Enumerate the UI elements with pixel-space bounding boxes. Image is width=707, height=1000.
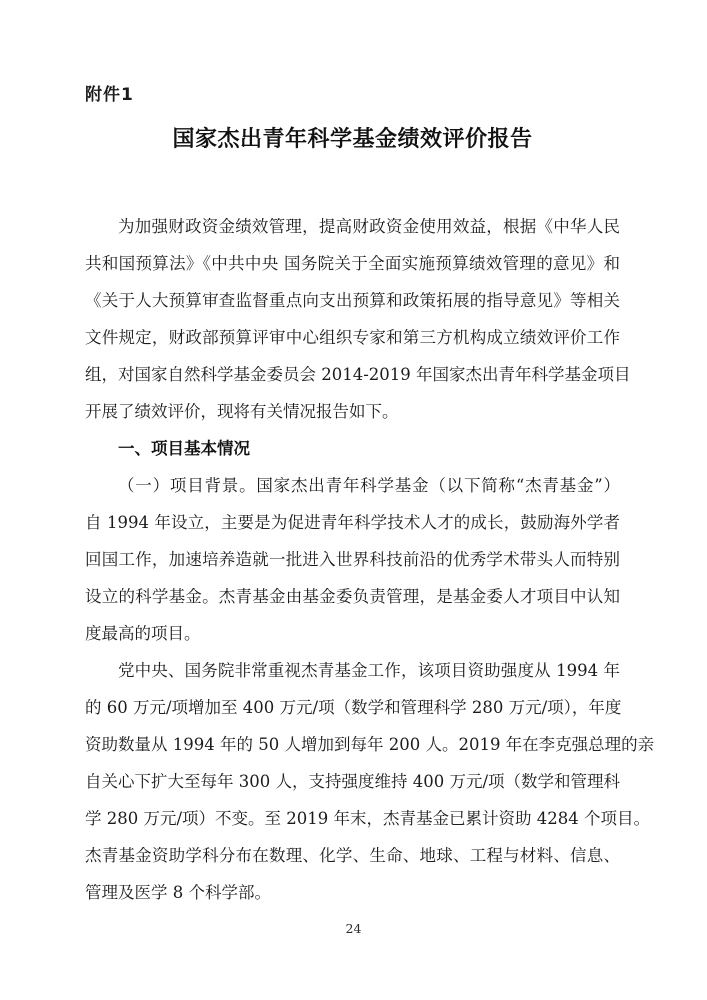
- document-title: 国家杰出青年科学基金绩效评价报告: [85, 124, 620, 156]
- paragraph3-line-7: 管理及医学 8 个科学部。: [85, 874, 620, 911]
- paragraph1-line-6: 开展了绩效评价，现将有关情况报告如下。: [85, 393, 620, 430]
- paragraph2-line-1: （一）项目背景。国家杰出青年科学基金（以下简称“杰青基金”）: [85, 467, 620, 504]
- paragraph3-line-1: 党中央、国务院非常重视杰青基金工作，该项目资助强度从 1994 年: [85, 652, 620, 689]
- paragraph1-line-1: 为加强财政资金绩效管理，提高财政资金使用效益，根据《中华人民: [85, 208, 620, 245]
- paragraph3-line-4: 自关心下扩大至每年 300 人，支持强度维持 400 万元/项（数学和管理科: [85, 763, 620, 800]
- document-body: 为加强财政资金绩效管理，提高财政资金使用效益，根据《中华人民 共和国预算法》《中…: [85, 208, 620, 911]
- page-number: 24: [0, 921, 707, 937]
- paragraph2-line-4: 设立的科学基金。杰青基金由基金委负责管理，是基金委人才项目中认知: [85, 578, 620, 615]
- paragraph1-line-5: 组，对国家自然科学基金委员会 2014-2019 年国家杰出青年科学基金项目: [85, 356, 620, 393]
- attachment-label: 附件1: [85, 84, 134, 106]
- paragraph3-line-2: 的 60 万元/项增加至 400 万元/项（数学和管理科学 280 万元/项），…: [85, 689, 620, 726]
- paragraph3-line-6: 杰青基金资助学科分布在数理、化学、生命、地球、工程与材料、信息、: [85, 837, 620, 874]
- paragraph2-line-5: 度最高的项目。: [85, 615, 620, 652]
- section1-heading: 一、项目基本情况: [85, 430, 620, 467]
- paragraph1-line-4: 文件规定，财政部预算评审中心组织专家和第三方机构成立绩效评价工作: [85, 319, 620, 356]
- paragraph3-line-3: 资助数量从 1994 年的 50 人增加到每年 200 人。2019 年在李克强…: [85, 726, 620, 763]
- paragraph1-line-3: 《关于人大预算审查监督重点向支出预算和政策拓展的指导意见》等相关: [85, 282, 620, 319]
- paragraph2-line-3: 回国工作，加速培养造就一批进入世界科技前沿的优秀学术带头人而特别: [85, 541, 620, 578]
- paragraph2-line-2: 自 1994 年设立，主要是为促进青年科学技术人才的成长，鼓励海外学者: [85, 504, 620, 541]
- paragraph3-line-5: 学 280 万元/项）不变。至 2019 年末，杰青基金已累计资助 4284 个…: [85, 800, 620, 837]
- paragraph1-line-2: 共和国预算法》《中共中央 国务院关于全面实施预算绩效管理的意见》和: [85, 245, 620, 282]
- document-page: 附件1 国家杰出青年科学基金绩效评价报告 为加强财政资金绩效管理，提高财政资金使…: [0, 0, 707, 1000]
